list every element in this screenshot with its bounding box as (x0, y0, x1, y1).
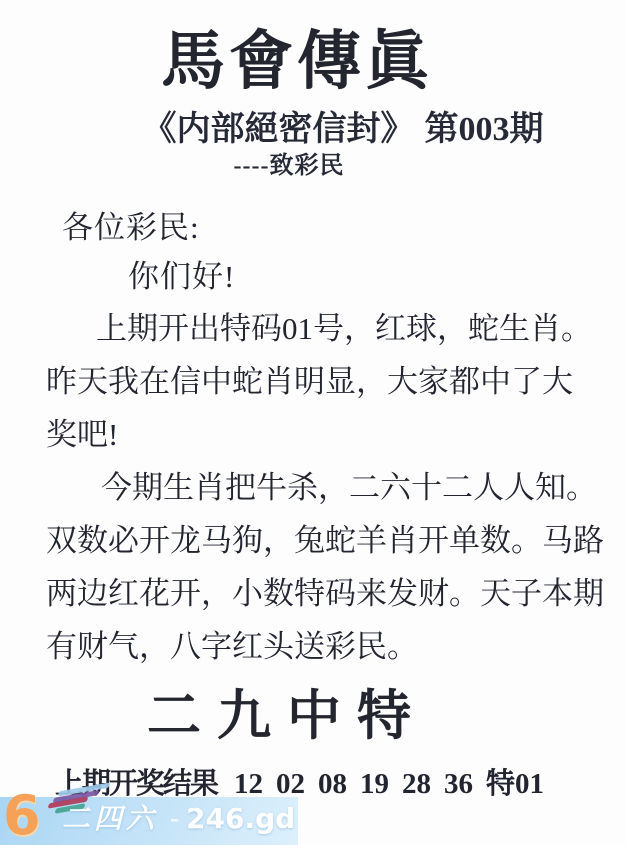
special-number: 特01 (486, 768, 544, 801)
greeting: 你们好! (128, 252, 606, 302)
brand-name-chinese: 二四六 (62, 804, 158, 836)
brand-domain: 246.gd (186, 802, 295, 836)
letter-line: 双数必开龙马狗，兔蛇羊肖开单数。马路 (46, 514, 606, 567)
brand-watermark: 6 二四六 - 246.gd (0, 797, 298, 845)
salutation: 各位彩民: (62, 203, 606, 252)
letter-body: 各位彩民: 你们好! 上期开出特码01号，红球，蛇生肖。 昨天我在信中蛇肖明显，… (46, 203, 606, 673)
prediction-headline: 二九中特 (147, 684, 427, 748)
fax-sheet: 馬會傳眞 《内部絕密信封》第003期 ----致彩民 各位彩民: 你们好! 上期… (0, 0, 626, 845)
issue-line: 《内部絕密信封》第003期 (30, 108, 626, 152)
letter-line: 上期开出特码01号，红球，蛇生肖。 (96, 302, 606, 355)
draw-number: 19 (360, 768, 389, 801)
draw-number: 28 (402, 768, 431, 801)
brand-separator: - (170, 803, 179, 835)
letter-line: 昨天我在信中蛇肖明显，大家都中了大 (46, 355, 606, 408)
letter-line: 今期生肖把牛杀，二六十二人人知。 (101, 461, 606, 514)
draw-number: 08 (318, 768, 347, 801)
brand-6-logo-icon: 6 (3, 788, 41, 844)
envelope-label: 《内部絕密信封》 (143, 111, 415, 148)
letter-line: 有财气，八字红头送彩民。 (46, 620, 606, 673)
letter-line: 两边红花开，小数特码来发财。天子本期 (46, 567, 606, 620)
draw-number: 36 (444, 768, 473, 801)
issue-number: 第003期 (425, 111, 544, 148)
dedication-line: ----致彩民 (0, 151, 602, 181)
letter-line: 奖吧! (46, 408, 606, 461)
page-title: 馬會傳眞 (0, 18, 610, 106)
